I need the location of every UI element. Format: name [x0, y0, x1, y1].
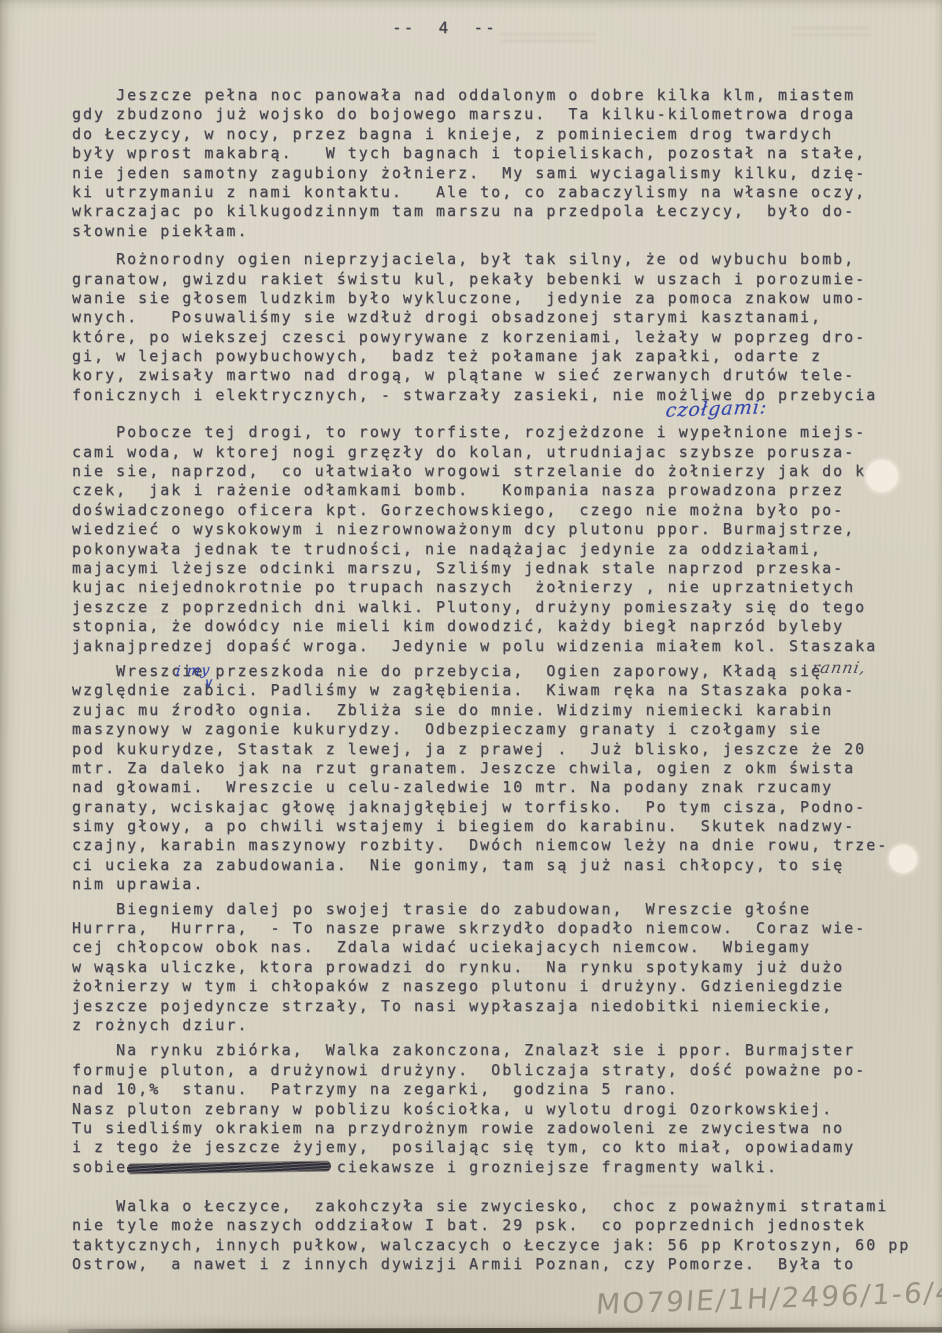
text-line: cej chłopcow obok nas. Zdala widać uciek… — [72, 938, 932, 957]
text-line: jeszcze z poprzednich dni walki. Plutony… — [72, 598, 932, 617]
text-line: Rożnorodny ogien nieprzyjaciela, był tak… — [72, 250, 932, 269]
text-line: fonicznych i elektrycznych, - stwarzały … — [72, 386, 932, 405]
text-line: Ostrow, a nawet i z innych dywizji Armii… — [72, 1255, 932, 1274]
text-line: wiedzieć o wyskokowym i niezrownoważonym… — [72, 520, 932, 539]
text-line: czek, jak i rażenie odłamkami bomb. Komp… — [72, 481, 932, 500]
paper-smudge — [792, 22, 870, 36]
paragraph: Walka o Łeczyce, zakohczyła sie zwyciesk… — [72, 1197, 932, 1275]
text-line: do Łeczycy, w nocy, przez bagna i knieje… — [72, 125, 932, 144]
text-line: żołnierzy w tym i chłopaków z naszego pl… — [72, 977, 932, 996]
text-line: nie tyle może naszych oddziałow I bat. 2… — [72, 1216, 932, 1235]
text-line: Nasz pluton zebrany w poblizu kościołka,… — [72, 1100, 932, 1119]
text-line: doświadczonego oficera kpt. Gorzechowski… — [72, 501, 932, 520]
text-line: nad 10,% stanu. Patrzymy na zegarki, god… — [72, 1080, 932, 1099]
text-line: Na rynku zbiórka, Walka zakonczona, Znal… — [72, 1041, 932, 1060]
text-line: wnych. Posuwaliśmy sie wzdłuż drogi obsa… — [72, 308, 932, 327]
page-number: -- 4 -- — [392, 18, 497, 37]
paper-smudge — [500, 28, 596, 42]
text-line: Tu siedliśmy okrakiem na przydrożnym row… — [72, 1119, 932, 1138]
text-line: taktycznych, innych pułkow, walczacych o… — [72, 1236, 932, 1255]
text-line: formuje pluton, a drużynowi drużyny. Obl… — [72, 1061, 932, 1080]
text-line: względnie zabici. Padliśmy w zagłębienia… — [72, 681, 932, 700]
text-line: pokonywała jednak te trudności, nie nadą… — [72, 540, 932, 559]
text-line: simy głowy, a po chwili wstajemy i biegi… — [72, 817, 932, 836]
text-line: wanie sie głosem ludzkim było wykluczone… — [72, 289, 932, 308]
text-line: kory, zwisały martwo nad drogą, w plątan… — [72, 366, 932, 385]
text-line: jaknajpredzej dopaść wroga. Jedynie w po… — [72, 637, 932, 656]
paragraph: Pobocze tej drogi, to rowy torfiste, roz… — [72, 423, 932, 656]
paragraph: Rożnorodny ogien nieprzyjaciela, był tak… — [72, 250, 932, 405]
text-line: nim uprawia. — [72, 875, 932, 894]
text-line: pod kukurydze, Stastak z lewej, ja z pra… — [72, 740, 932, 759]
text-line: Biegniemy dalej po swojej trasie do zabu… — [72, 900, 932, 919]
text-line: jeszcze pojedyncze strzały, To nasi wypł… — [72, 997, 932, 1016]
paragraph: Jeszcze pełna noc panowała nad oddalonym… — [72, 86, 932, 241]
insertion-caret-mark: ∨ — [203, 676, 214, 691]
text-line: w wąska uliczke, ktora prowadzi do rynku… — [72, 958, 932, 977]
scanned-document-page: -- 4 -- Jeszcze pełna noc panowała nad o… — [0, 0, 942, 1333]
paragraph: Na rynku zbiórka, Walka zakonczona, Znal… — [72, 1041, 932, 1177]
white-correction-spot — [866, 460, 898, 492]
text-line: zujac mu źrodło ognia. Zbliża sie do mni… — [72, 701, 932, 720]
text-line: granatow, gwizdu rakiet świstu kul, peka… — [72, 270, 932, 289]
text-line: były wprost makabrą. W tych bagnach i to… — [72, 144, 932, 163]
text-line: majacymi lżejsze odcinki marszu, Szliśmy… — [72, 559, 932, 578]
text-line: czajny, karabin maszynowy rozbity. Dwóch… — [72, 836, 932, 855]
text-line: granaty, wciskajac głowę jaknajgłębiej w… — [72, 798, 932, 817]
paragraph: Biegniemy dalej po swojej trasie do zabu… — [72, 900, 932, 1036]
text-line: Hurrra, Hurrra, - To nasze prawe skrzydł… — [72, 919, 932, 938]
text-line: wkraczajac po kilkugodzinnym tam marszu … — [72, 202, 932, 221]
text-line: nie jeden samotny zagubiony żołnierz. My… — [72, 164, 932, 183]
text-line: stopnia, że dowódcy nie mieli kim dowodz… — [72, 617, 932, 636]
text-line: które, po wiekszej czesci powyrywane z k… — [72, 328, 932, 347]
archive-reference-pencil: MO79IE/1H/2496/1-6/4 — [595, 1276, 937, 1321]
text-line: maszynowy w zagonie kukurydzy. Odbezpiec… — [72, 720, 932, 739]
handwritten-insertion-czolgami: czołgami: — [665, 396, 769, 422]
text-line: z rożnych dziur. — [72, 1016, 932, 1035]
text-line: Walka o Łeczyce, zakohczyła sie zwyciesk… — [72, 1197, 932, 1216]
text-line: ci ucieka za zabudowania. Nie gonimy, ta… — [72, 856, 932, 875]
scan-edge-shadow — [68, 1327, 942, 1333]
document-body: Jeszcze pełna noc panowała nad oddalonym… — [72, 86, 932, 1275]
paragraph: Wreszcie przeszkoda nie do przebycia, Og… — [72, 662, 932, 895]
text-line: ki utrzymaniu z nami kontaktu. Ale to, c… — [72, 183, 932, 202]
handwritten-word-ranni: ranni, — [810, 658, 867, 677]
text-line: mtr. Za daleko jak na rzut granatem. Jes… — [72, 759, 932, 778]
text-line: Pobocze tej drogi, to rowy torfiste, roz… — [72, 423, 932, 442]
white-correction-spot — [889, 845, 917, 873]
text-line: gi, w lejach powybuchowych, badz też poł… — [72, 347, 932, 366]
text-line: Jeszcze pełna noc panowała nad oddalonym… — [72, 86, 932, 105]
text-line: gdy zbudzono już wojsko do bojowego mars… — [72, 105, 932, 124]
text-line: nie sie, naprzod, co ułatwiało wrogowi s… — [72, 462, 932, 481]
text-line: kujac niejednokrotnie po trupach naszych… — [72, 578, 932, 597]
text-line: słownie piekłam. — [72, 222, 932, 241]
text-line: i z tego że jeszcze żyjemy, posilając si… — [72, 1138, 932, 1157]
text-line: cami woda, w ktorej nogi grzęzły do kola… — [72, 443, 932, 462]
text-line: nad głowami. Wreszcie u celu-zaledwie 10… — [72, 778, 932, 797]
